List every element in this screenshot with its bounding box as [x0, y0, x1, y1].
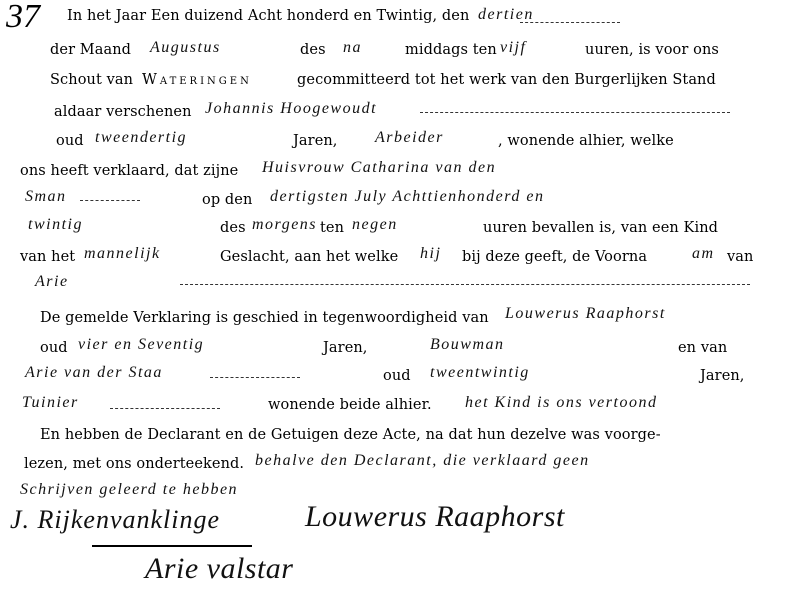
handwritten-declarant-name: Johannis Hoogewoudt [205, 100, 377, 118]
printed-text: oud [383, 368, 411, 384]
printed-text: En hebben de Declarant en de Getuigen de… [40, 427, 661, 443]
handwritten-witness1-name: Louwerus Raaphorst [505, 305, 666, 323]
printed-text: der Maand [50, 42, 131, 58]
fill-line [420, 112, 730, 113]
printed-text: des [300, 42, 326, 58]
printed-text: op den [202, 192, 252, 208]
fill-line [180, 284, 750, 285]
printed-text: gecommitteerd tot het werk van den Burge… [297, 72, 716, 88]
printed-text: Geslacht, aan het welke [220, 249, 398, 265]
municipality-name: Wateringen [142, 72, 252, 88]
printed-text: ons heeft verklaard, dat zijne [20, 163, 238, 179]
signature-schout: J. Rijkenvanklinge [10, 505, 220, 535]
printed-text: lezen, met ons onderteekend. [24, 456, 244, 472]
signature-witness1: Louwerus Raaphorst [305, 500, 565, 534]
printed-text: Jaren, [323, 340, 368, 356]
printed-text: van [727, 249, 753, 265]
handwritten-occupation: Arbeider [375, 129, 444, 147]
fill-line [520, 22, 620, 23]
printed-text: des [220, 220, 246, 236]
handwritten-note: het Kind is ons vertoond [465, 394, 657, 412]
fill-line [110, 408, 220, 409]
fill-line [80, 200, 140, 201]
handwritten-remark: behalve den Declarant, die verklaard gee… [255, 452, 590, 470]
handwritten-month: Augustus [150, 39, 221, 57]
printed-text: aldaar verschenen [54, 104, 192, 120]
printed-text: In het Jaar Een duizend Acht honderd en … [67, 8, 469, 24]
printed-text: De gemelde Verklaring is geschied in teg… [40, 310, 489, 326]
printed-text: en van [678, 340, 727, 356]
printed-text: uuren bevallen is, van een Kind [483, 220, 718, 236]
handwritten-sex: mannelijk [84, 245, 161, 263]
handwritten-pronoun: hij [420, 245, 441, 263]
printed-text: uuren, is voor ons [585, 42, 719, 58]
handwritten-time: na [343, 39, 362, 57]
printed-text: oud [56, 133, 84, 149]
record-number: 37 [6, 0, 40, 36]
printed-text: wonende beide alhier. [268, 397, 432, 413]
printed-text: van het [20, 249, 75, 265]
handwritten-age: tweendertig [95, 129, 187, 147]
handwritten-mother-surname: Sman [25, 188, 67, 206]
handwritten-remark-continued: Schrijven geleerd te hebben [20, 481, 238, 499]
handwritten-child-name: Arie [35, 273, 69, 291]
signature-underline [92, 545, 252, 547]
handwritten-witness2-occupation: Tuinier [22, 394, 79, 412]
handwritten-correction: am [692, 245, 715, 263]
handwritten-birth-date: dertigsten July Achttienhonderd en [270, 188, 545, 206]
handwritten-year: twintig [28, 216, 83, 234]
signature-witness2: Arie valstar [145, 552, 294, 586]
printed-text: , wonende alhier, welke [498, 133, 674, 149]
handwritten-witness2-age: tweentwintig [430, 364, 530, 382]
printed-text: oud [40, 340, 68, 356]
handwritten-witness1-occupation: Bouwman [430, 336, 505, 354]
handwritten-hour: vijf [500, 39, 526, 57]
handwritten-witness1-age: vier en Seventig [78, 336, 204, 354]
printed-text: Schout van [50, 72, 133, 88]
fill-line [210, 377, 300, 378]
birth-record-page: 37 In het Jaar Een duizend Acht honderd … [0, 0, 800, 610]
handwritten-mother-name: Huisvrouw Catharina van den [262, 159, 496, 177]
handwritten-birth-hour: negen [352, 216, 398, 234]
handwritten-witness2-name: Arie van der Staa [25, 364, 163, 382]
printed-text: Jaren, [700, 368, 745, 384]
printed-text: Jaren, [293, 133, 338, 149]
printed-text: middags ten [405, 42, 497, 58]
printed-text: ten [320, 220, 344, 236]
handwritten-time-of-day: morgens [252, 216, 317, 234]
printed-text: bij deze geeft, de Voorna [462, 249, 647, 265]
